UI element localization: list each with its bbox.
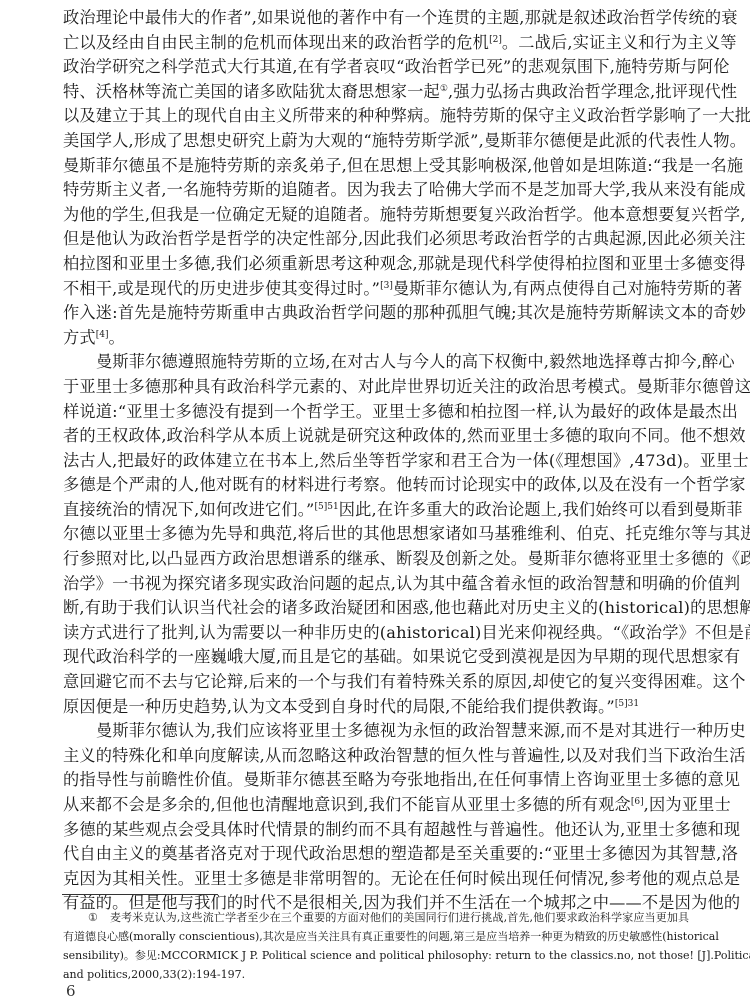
body-line: 法古人,把最好的政体建立在书本上,然后坐等哲学家和君王合为一体(《理想国》,47…: [63, 449, 689, 474]
body-line: 的指导性与前瞻性价值。曼斯菲尔德甚至略为夸张地指出,在任何事情上咨询亚里士多德的…: [63, 768, 689, 793]
line-text: 断,有助于我们认识当代社会的诸多政治疑团和困惑,他也藉此对历史主义的(histo…: [63, 598, 750, 617]
body-line: 样说道:“亚里士多德没有提到一个哲学王。亚里士多德和柏拉图一样,认为最好的政体是…: [63, 400, 689, 425]
citation-superscript: [6]: [631, 797, 644, 807]
line-text: 但是他认为政治哲学是哲学的决定性部分,因此我们必须思考政治哲学的古典起源,因此必…: [63, 229, 746, 248]
line-text: 美国学人,形成了思想史研究上蔚为大观的“施特劳斯学派”,曼斯菲尔德便是此派的代表…: [63, 131, 746, 150]
line-text: 样说道:“亚里士多德没有提到一个哲学王。亚里士多德和柏拉图一样,认为最好的政体是…: [63, 402, 738, 421]
citation-superscript: [2]: [489, 35, 502, 45]
citation-superscript: [5]31: [615, 699, 639, 709]
body-line: 意回避它而不去与它论辩,后来的一个与我们有着特殊关系的原因,却使它的复兴变得困难…: [63, 670, 689, 695]
document-page: 政治理论中最伟大的作者”,如果说他的著作中有一个连贯的主题,那就是叙述政治哲学传…: [0, 0, 750, 1000]
line-text-continued: 因此,在许多重大的政治论题上,我们始终可以看到曼斯菲: [339, 500, 743, 519]
body-line: 者的王权政体,政治科学从本质上说就是研究这种政体的,然而亚里士多德的取向不同。他…: [63, 424, 689, 449]
body-line: 作入迷:首先是施特劳斯重申古典政治哲学问题的那种孤胆气魄;其次是施特劳斯解读文本…: [63, 301, 689, 326]
line-text: 代自由主义的奠基者洛克对于现代政治思想的塑造都是至关重要的:“亚里士多德因为其智…: [63, 844, 738, 863]
line-text: 为他的学生,但我是一位确定无疑的追随者。施特劳斯想要复兴政治哲学。他本意想要复兴…: [63, 205, 746, 224]
footnote-line: sensibility)。参见:MCCORMICK J P. Political…: [63, 946, 689, 965]
line-text-continued: 。二战后,实证主义和行为主义等: [502, 33, 737, 52]
line-text: 特劳斯主义者,一名施特劳斯的追随者。因为我去了哈佛大学而不是芝加哥大学,我从来没…: [63, 180, 746, 199]
body-line: 原因便是一种历史趋势,认为文本受到自身时代的局限,不能给我们提供教诲。”[5]3…: [63, 695, 689, 720]
line-text-continued: ,因为亚里士: [644, 795, 731, 814]
body-line: 曼斯菲尔德虽不是施特劳斯的亲炙弟子,但在思想上受其影响极深,他曾如是坦陈道:“我…: [63, 154, 689, 179]
line-text: 柏拉图和亚里士多德,我们必须重新思考这种观念,那就是现代科学使得柏拉图和亚里士多…: [63, 254, 746, 273]
line-text: 读方式进行了批判,认为需要以一种非历史的(ahistorical)目光来仰视经典…: [63, 623, 750, 642]
body-line: 治学》一书视为探究诸多现实政治问题的起点,认为其中蕴含着永恒的政治智慧和明确的价…: [63, 572, 689, 597]
line-text: 的指导性与前瞻性价值。曼斯菲尔德甚至略为夸张地指出,在任何事情上咨询亚里士多德的…: [63, 770, 740, 789]
line-text: 意回避它而不去与它论辩,后来的一个与我们有着特殊关系的原因,却使它的复兴变得困难…: [63, 672, 746, 691]
footnote-line: and politics,2000,33(2):194-197.: [63, 965, 689, 984]
body-line: 特劳斯主义者,一名施特劳斯的追随者。因为我去了哈佛大学而不是芝加哥大学,我从来没…: [63, 178, 689, 203]
line-text-continued: 。: [109, 328, 125, 347]
body-line: 为他的学生,但我是一位确定无疑的追随者。施特劳斯想要复兴政治哲学。他本意想要复兴…: [63, 203, 689, 228]
body-line: 读方式进行了批判,认为需要以一种非历史的(ahistorical)目光来仰视经典…: [63, 621, 689, 646]
line-text: 方式: [63, 328, 96, 347]
line-text: 政治理论中最伟大的作者”,如果说他的著作中有一个连贯的主题,那就是叙述政治哲学传…: [63, 8, 738, 27]
citation-superscript: [3]: [380, 281, 393, 291]
body-line: 以及建立于其上的现代自由主义所带来的种种弊病。施特劳斯的保守主义政治哲学影响了一…: [63, 104, 689, 129]
line-text: 现代政治科学的一座巍峨大厦,而且是它的基础。如果说它受到漠视是因为早期的现代思想…: [63, 647, 740, 666]
line-text: 不相干,或是现代的历史进步使其变得过时。”: [63, 279, 380, 298]
line-text: 作入迷:首先是施特劳斯重申古典政治哲学问题的那种孤胆气魄;其次是施特劳斯解读文本…: [63, 303, 746, 322]
footnote: ①麦考米克认为,这些流亡学者至少在三个重要的方面对他们的美国同行们进行挑战,首先…: [63, 908, 689, 984]
body-line: 曼斯菲尔德认为,我们应该将亚里士多德视为永恒的政治智慧来源,而不是对其进行一种历…: [63, 719, 689, 744]
line-text: 者的王权政体,政治科学从本质上说就是研究这种政体的,然而亚里士多德的取向不同。他…: [63, 426, 746, 445]
line-text: 从来都不会是多余的,但他也清醒地意识到,我们不能盲从亚里士多德的所有观念: [63, 795, 631, 814]
line-text: 直接统治的情况下,如何改进它们。”: [63, 500, 315, 519]
line-text: 行参照对比,以凸显西方政治思想谱系的继承、断裂及创新之处。曼斯菲尔德将亚里士多德…: [63, 549, 750, 568]
footnote-marker: ①: [88, 911, 98, 924]
body-line: 方式[4]。: [63, 326, 689, 351]
line-text: 曼斯菲尔德认为,我们应该将亚里士多德视为永恒的政治智慧来源,而不是对其进行一种历…: [96, 721, 746, 740]
footnote-line: 有道德良心感(morally conscientious),其次是应当关注具有真…: [63, 927, 689, 946]
line-text: 政治学研究之科学范式大行其道,在有学者哀叹“政治哲学已死”的悲观氛围下,施特劳斯…: [63, 57, 730, 76]
body-line: 行参照对比,以凸显西方政治思想谱系的继承、断裂及创新之处。曼斯菲尔德将亚里士多德…: [63, 547, 689, 572]
line-text: 原因便是一种历史趋势,认为文本受到自身时代的局限,不能给我们提供教诲。”: [63, 697, 615, 716]
body-line: 断,有助于我们认识当代社会的诸多政治疑团和困惑,他也藉此对历史主义的(histo…: [63, 596, 689, 621]
footnote-divider: [62, 894, 218, 895]
body-line: 现代政治科学的一座巍峨大厦,而且是它的基础。如果说它受到漠视是因为早期的现代思想…: [63, 645, 689, 670]
body-line: 政治学研究之科学范式大行其道,在有学者哀叹“政治哲学已死”的悲观氛围下,施特劳斯…: [63, 55, 689, 80]
line-text: 曼斯菲尔德虽不是施特劳斯的亲炙弟子,但在思想上受其影响极深,他曾如是坦陈道:“我…: [63, 156, 743, 175]
footnote-text: 麦考米克认为,这些流亡学者至少在三个重要的方面对他们的美国同行们进行挑战,首先,…: [110, 911, 689, 924]
citation-superscript: [5]51: [315, 502, 339, 512]
line-text: 克因为其相关性。亚里士多德是非常明智的。无论在任何时候出现任何情况,参考他的观点…: [63, 869, 740, 888]
line-text: 多德的某些观点会受具体时代情景的制约而不具有超越性与普遍性。他还认为,亚里士多德…: [63, 820, 740, 839]
line-text-continued: 曼斯菲尔德认为,有两点使得自己对施特劳斯的著: [393, 279, 742, 298]
body-line: 特、沃格林等流亡美国的诸多欧陆犹太裔思想家一起①,强力弘扬古典政治哲学理念,批评…: [63, 80, 689, 105]
body-line: 从来都不会是多余的,但他也清醒地意识到,我们不能盲从亚里士多德的所有观念[6],…: [63, 793, 689, 818]
footnote-text: sensibility)。参见:MCCORMICK J P. Political…: [63, 949, 750, 962]
citation-superscript: ①: [440, 84, 448, 94]
line-text: 法古人,把最好的政体建立在书本上,然后坐等哲学家和君王合为一体(《理想国》,47…: [63, 451, 749, 470]
body-line: 克因为其相关性。亚里士多德是非常明智的。无论在任何时候出现任何情况,参考他的观点…: [63, 867, 689, 892]
body-line: 柏拉图和亚里士多德,我们必须重新思考这种观念,那就是现代科学使得柏拉图和亚里士多…: [63, 252, 689, 277]
body-line: 主义的特殊化和单向度解读,从而忽略这种政治智慧的恒久性与普遍性,以及对我们当下政…: [63, 744, 689, 769]
body-line: 亡以及经由自由民主制的危机而体现出来的政治哲学的危机[2]。二战后,实证主义和行…: [63, 31, 689, 56]
line-text: 特、沃格林等流亡美国的诸多欧陆犹太裔思想家一起: [63, 82, 440, 101]
line-text: 主义的特殊化和单向度解读,从而忽略这种政治智慧的恒久性与普遍性,以及对我们当下政…: [63, 746, 746, 765]
line-text: 于亚里士多德那种具有政治科学元素的、对此岸世界切近关注的政治思考模式。曼斯菲尔德…: [63, 377, 750, 396]
body-line: 不相干,或是现代的历史进步使其变得过时。”[3]曼斯菲尔德认为,有两点使得自己对…: [63, 277, 689, 302]
body-text: 政治理论中最伟大的作者”,如果说他的著作中有一个连贯的主题,那就是叙述政治哲学传…: [63, 6, 689, 916]
footnote-line: ①麦考米克认为,这些流亡学者至少在三个重要的方面对他们的美国同行们进行挑战,首先…: [63, 908, 689, 927]
body-line: 曼斯菲尔德遵照施特劳斯的立场,在对古人与今人的高下权衡中,毅然地选择尊古抑今,醉…: [63, 350, 689, 375]
citation-superscript: [4]: [96, 330, 109, 340]
body-line: 但是他认为政治哲学是哲学的决定性部分,因此我们必须思考政治哲学的古典起源,因此必…: [63, 227, 689, 252]
footnote-text: and politics,2000,33(2):194-197.: [63, 968, 245, 981]
footnote-text: 有道德良心感(morally conscientious),其次是应当关注具有真…: [63, 930, 719, 943]
line-text: 曼斯菲尔德遵照施特劳斯的立场,在对古人与今人的高下权衡中,毅然地选择尊古抑今,醉…: [96, 352, 735, 371]
line-text: 亡以及经由自由民主制的危机而体现出来的政治哲学的危机: [63, 33, 489, 52]
line-text-continued: ,强力弘扬古典政治哲学理念,批评现代性: [448, 82, 737, 101]
line-text: 尔德以亚里士多德为先导和典范,将后世的其他思想家诸如马基雅维利、伯克、托克维尔等…: [63, 524, 750, 543]
line-text: 多德是个严肃的人,他对既有的材料进行考察。他转而讨论现实中的政体,以及在没有一个…: [63, 475, 746, 494]
body-line: 多德是个严肃的人,他对既有的材料进行考察。他转而讨论现实中的政体,以及在没有一个…: [63, 473, 689, 498]
body-line: 代自由主义的奠基者洛克对于现代政治思想的塑造都是至关重要的:“亚里士多德因为其智…: [63, 842, 689, 867]
line-text: 治学》一书视为探究诸多现实政治问题的起点,认为其中蕴含着永恒的政治智慧和明确的价…: [63, 574, 740, 593]
body-line: 直接统治的情况下,如何改进它们。”[5]51因此,在许多重大的政治论题上,我们始…: [63, 498, 689, 523]
body-line: 多德的某些观点会受具体时代情景的制约而不具有超越性与普遍性。他还认为,亚里士多德…: [63, 818, 689, 843]
body-line: 于亚里士多德那种具有政治科学元素的、对此岸世界切近关注的政治思考模式。曼斯菲尔德…: [63, 375, 689, 400]
page-number: 6: [66, 982, 76, 1000]
line-text: 以及建立于其上的现代自由主义所带来的种种弊病。施特劳斯的保守主义政治哲学影响了一…: [63, 106, 750, 125]
body-line: 美国学人,形成了思想史研究上蔚为大观的“施特劳斯学派”,曼斯菲尔德便是此派的代表…: [63, 129, 689, 154]
body-line: 尔德以亚里士多德为先导和典范,将后世的其他思想家诸如马基雅维利、伯克、托克维尔等…: [63, 522, 689, 547]
body-line: 政治理论中最伟大的作者”,如果说他的著作中有一个连贯的主题,那就是叙述政治哲学传…: [63, 6, 689, 31]
